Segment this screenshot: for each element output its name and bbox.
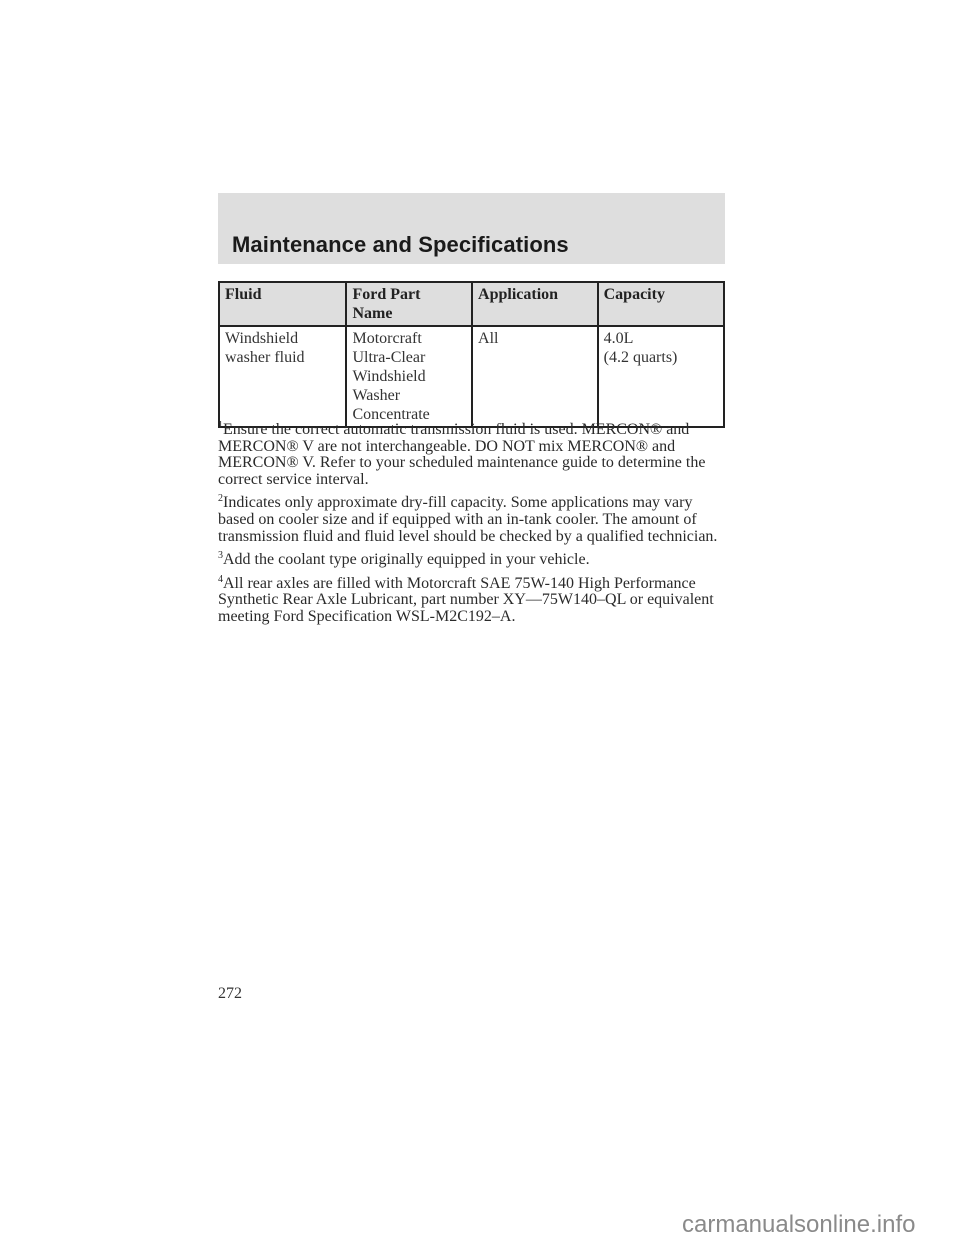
cell-fluid: Windshield washer fluid [219,326,346,427]
footnote-3: 3Add the coolant type originally equippe… [218,552,728,569]
footnote-text: Indicates only approximate dry-fill capa… [218,494,717,544]
cell-part-name: Motorcraft Ultra-Clear Windshield Washer… [346,326,472,427]
cell-text: Ultra-Clear [352,348,466,367]
table-row: Windshield washer fluid Motorcraft Ultra… [219,326,724,427]
header-text: Ford Part [352,285,466,304]
header-text: Name [352,304,466,323]
cell-capacity: 4.0L (4.2 quarts) [598,326,724,427]
cell-text: (4.2 quarts) [604,348,718,367]
cell-application: All [472,326,598,427]
header-text: Application [478,285,592,304]
column-header-fluid: Fluid [219,282,346,326]
fluid-spec-table: Fluid Ford PartName Application Capacity… [218,281,725,428]
header-text: Capacity [604,285,718,304]
footnote-text: All rear axles are filled with Motorcraf… [218,575,714,625]
section-title: Maintenance and Specifications [232,232,569,258]
cell-text: Motorcraft [352,329,466,348]
watermark: carmanualsonline.info [682,1211,915,1239]
cell-text: 4.0L [604,329,718,348]
cell-text: Windshield [352,367,466,386]
cell-text: All [478,329,592,348]
header-text: Fluid [225,285,340,304]
footnotes: 1Ensure the correct automatic transmissi… [218,422,728,633]
column-header-capacity: Capacity [598,282,724,326]
cell-text: Washer [352,386,466,405]
table-header-row: Fluid Ford PartName Application Capacity [219,282,724,326]
footnote-1: 1Ensure the correct automatic transmissi… [218,422,728,488]
cell-text: washer fluid [225,348,340,367]
footnote-text: Ensure the correct automatic transmissio… [218,421,705,488]
cell-text: Windshield [225,329,340,348]
footnote-4: 4All rear axles are filled with Motorcra… [218,576,728,626]
column-header-ford-part-name: Ford PartName [346,282,472,326]
footnote-2: 2Indicates only approximate dry-fill cap… [218,495,728,545]
section-header-band: Maintenance and Specifications [218,193,725,264]
page-number: 272 [218,985,242,1003]
column-header-application: Application [472,282,598,326]
footnote-text: Add the coolant type originally equipped… [223,551,590,568]
